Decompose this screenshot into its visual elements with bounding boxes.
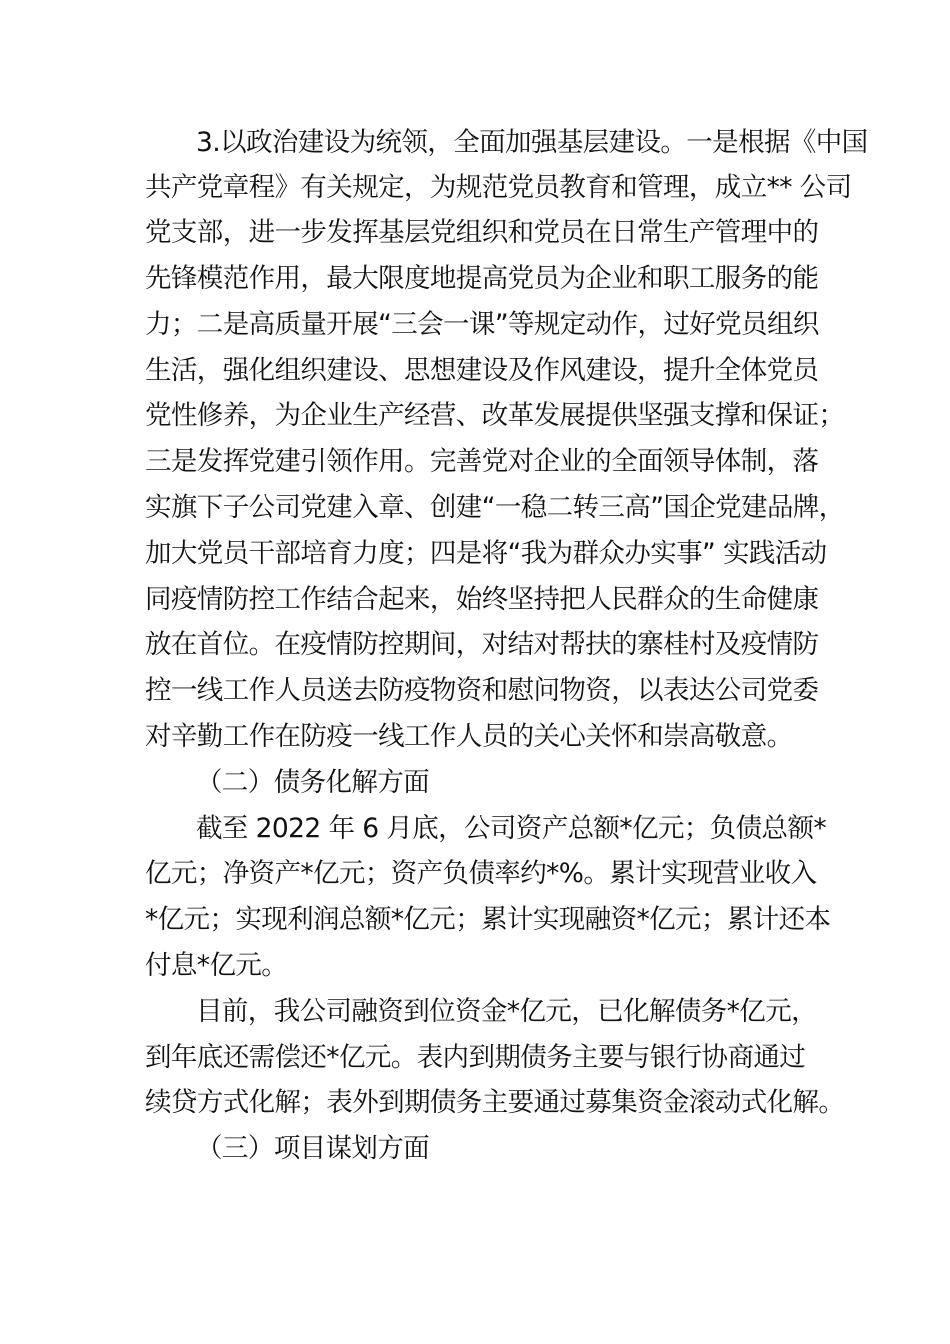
paragraph-line: 放在首位。在疫情防控期间，对结对帮扶的寨桂村及疫情防 — [145, 622, 818, 667]
paragraph-line: 截至 2022 年 6 月底，公司资产总额*亿元；负债总额* — [196, 806, 826, 851]
paragraph-line: 付息*亿元。 — [145, 943, 287, 988]
paragraph-line: *亿元；实现利润总额*亿元；累计实现融资*亿元；累计还本 — [145, 897, 830, 942]
paragraph-line: 力；二是高质量开展“三会一课”等规定动作，过好党员组织 — [145, 302, 819, 347]
paragraph-line: 生活，强化组织建设、思想建设及作风建设，提升全体党员 — [145, 348, 818, 393]
paragraph-line: 控一线工作人员送去防疫物资和慰问物资，以表达公司党委 — [145, 668, 818, 713]
paragraph-line: 共产党章程》有关规定，为规范党员教育和管理，成立** 公司 — [145, 165, 852, 210]
section-heading-debt-resolution: （二）债务化解方面 — [196, 760, 429, 805]
paragraph-line: 党支部，进一步发挥基层党组织和党员在日常生产管理中的 — [145, 210, 818, 255]
paragraph-line: 续贷方式化解；表外到期债务主要通过募集资金滚动式化解。 — [145, 1080, 844, 1125]
paragraph-line: 加大党员干部培育力度；四是将“我为群众办实事” 实践活动 — [145, 531, 827, 576]
paragraph-line: 同疫情防控工作结合起来，始终坚持把人民群众的生命健康 — [145, 577, 818, 622]
paragraph-line: 对辛勤工作在防疫一线工作人员的关心关怀和崇高敬意。 — [145, 714, 793, 759]
paragraph-line: 党性修养，为企业生产经营、改革发展提供坚强支撑和保证； — [145, 393, 844, 438]
section-heading-project-planning: （三）项目谋划方面 — [196, 1126, 429, 1171]
paragraph-line: 先锋模范作用，最大限度地提高党员为企业和职工服务的能 — [145, 256, 818, 301]
paragraph-line: 到年底还需偿还*亿元。表内到期债务主要与银行协商通过 — [145, 1035, 805, 1080]
paragraph-line: 三是发挥党建引领作用。完善党对企业的全面领导体制，落 — [145, 439, 818, 484]
paragraph-line: 目前，我公司融资到位资金*亿元，已化解债务*亿元， — [196, 989, 817, 1034]
paragraph-line: 3.以政治建设为统领，全面加强基层建设。一是根据《中国 — [196, 120, 868, 165]
paragraph-line: 实旗下子公司党建入章、创建“一稳二转三高”国企党建品牌， — [145, 485, 845, 530]
paragraph-line: 亿元；净资产*亿元；资产负债率约*%。累计实现营业收入 — [145, 851, 816, 896]
document-page: 3.以政治建设为统领，全面加强基层建设。一是根据《中国 共产党章程》有关规定，为… — [0, 0, 950, 1344]
